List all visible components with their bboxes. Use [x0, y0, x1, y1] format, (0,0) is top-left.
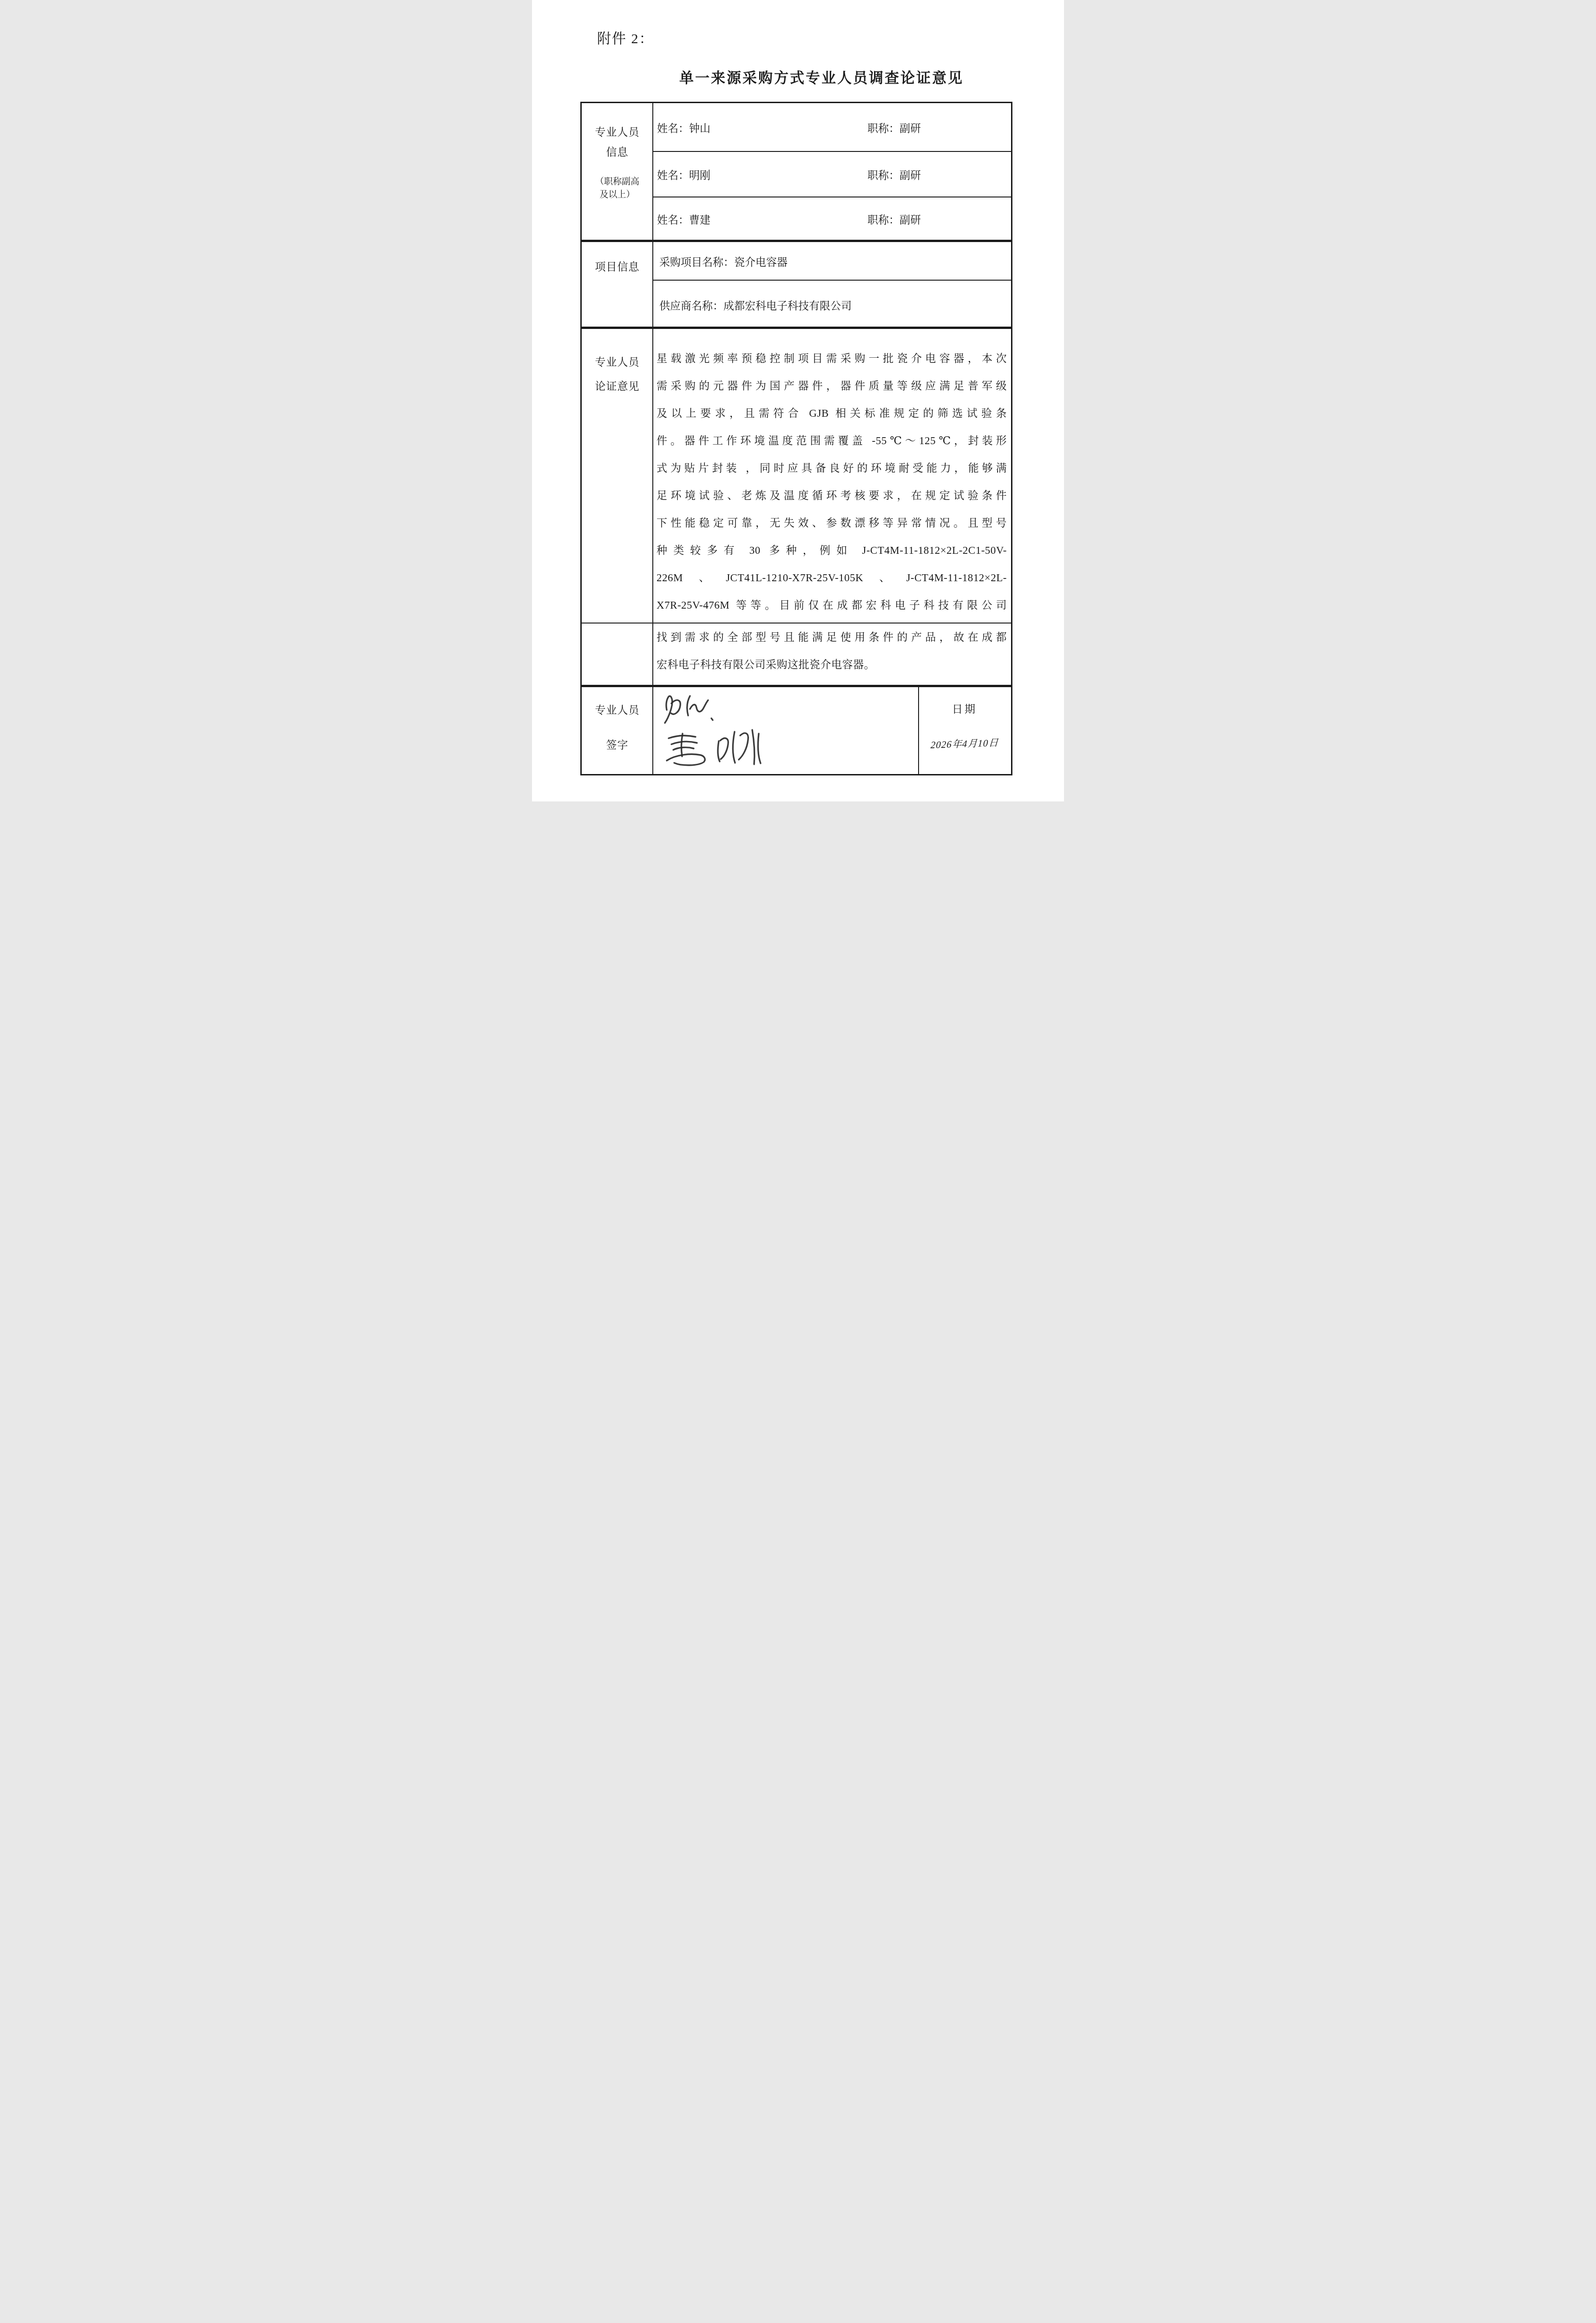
date-cell: 日期 2026年4月10日: [918, 686, 1011, 774]
opinion-line: 足环境试验、老炼及温度循环考核要求，在规定试验条件: [657, 482, 1007, 509]
opinion-line: 226M、JCT41L-1210-X7R-25V-105K、J-CT4M-11-…: [657, 564, 1007, 591]
opinion-line: 件。器件工作环境温度范围需覆盖 -55℃～125℃，封装形: [657, 427, 1007, 454]
supplier-row: 供应商名称：成都宏科电子科技有限公司: [653, 282, 1011, 327]
opinion-line: X7R-25V-476M 等等。目前仅在成都宏科电子科技有限公司: [657, 591, 1007, 619]
project-info-label-cell: 项目信息: [582, 241, 653, 327]
project-name-row: 采购项目名称：瓷介电容器: [653, 242, 1011, 280]
date-label: 日期: [952, 701, 977, 716]
personnel-row-3: 姓名：曹建 职称：副研: [653, 197, 1011, 240]
personnel-label-line2: 信息: [606, 144, 629, 159]
signature-zhongshan: [665, 696, 713, 723]
name-label: 姓名：: [657, 170, 689, 181]
document-page: 附件 2： 单一来源采购方式专业人员调查论证意见 专业人员 信息 （职称副高 及…: [532, 0, 1064, 801]
name-value: 明刚: [689, 170, 710, 181]
signature-minggang: [718, 730, 761, 764]
opinion-label-cell: 专业人员 论证意见: [582, 328, 653, 623]
signature-label-line1: 专业人员: [595, 702, 640, 717]
opinion-line: 找到需求的全部型号且能满足使用条件的产品，故在成都: [657, 623, 1007, 651]
name-label: 姓名：: [657, 214, 689, 225]
opinion-line: 式为贴片封装 ，同时应具备良好的环境耐受能力，能够满: [657, 454, 1007, 482]
title-label: 职称：: [867, 170, 900, 181]
opinion-line: 需采购的元器件为国产器件，器件质量等级应满足普军级: [657, 372, 1007, 400]
opinion-label-line1: 专业人员: [595, 354, 640, 369]
project-info-label: 项目信息: [595, 258, 640, 274]
supplier-text: 供应商名称：成都宏科电子科技有限公司: [659, 297, 852, 312]
name-value: 钟山: [689, 122, 710, 134]
signature-label-line2: 签字: [606, 736, 629, 752]
personnel-row-2: 姓名：明刚 职称：副研: [653, 152, 1011, 197]
personnel-row-1: 姓名：钟山 职称：副研: [653, 103, 1011, 151]
project-name-text: 采购项目名称：瓷介电容器: [659, 253, 788, 269]
opinion-line: 及以上要求，且需符合 GJB 相关标准规定的筛选试验条: [657, 400, 1007, 427]
opinion-line: 种类较多有 30 多种，例如 J-CT4M-11-1812×2L-2C1-50V…: [657, 537, 1007, 564]
opinion-paragraph-continued: 找到需求的全部型号且能满足使用条件的产品，故在成都 宏科电子科技有限公司采购这批…: [653, 623, 1011, 678]
opinion-label-line2: 论证意见: [595, 378, 640, 393]
personnel-label-line1: 专业人员: [595, 124, 640, 139]
signature-label-cell: 专业人员 签字: [582, 686, 653, 774]
personnel-label-note1: （职称副高: [595, 176, 639, 189]
personnel-info-label-cell: 专业人员 信息 （职称副高 及以上）: [582, 103, 653, 241]
signatures-area: [653, 686, 918, 774]
opinion-line: 下性能稳定可靠，无失效、参数漂移等异常情况。且型号: [657, 509, 1007, 537]
personnel-label-note2: 及以上）: [599, 189, 635, 202]
form-table: 专业人员 信息 （职称副高 及以上） 姓名：钟山 职称：副研 姓名：明刚 职称：…: [580, 102, 1012, 775]
title-value: 副研: [900, 170, 921, 181]
page-title: 单一来源采购方式专业人员调查论证意见: [679, 66, 964, 87]
title-label: 职称：: [867, 214, 900, 225]
name-label: 姓名：: [657, 122, 689, 134]
attachment-label: 附件 2：: [597, 27, 654, 47]
signature-caojian: [667, 734, 705, 765]
opinion-line: 宏科电子科技有限公司采购这批瓷介电容器。: [657, 651, 1007, 678]
opinion-paragraph: 星载激光频率预稳控制项目需采购一批瓷介电容器，本次 需采购的元器件为国产器件，器…: [653, 345, 1011, 619]
opinion-line: 星载激光频率预稳控制项目需采购一批瓷介电容器，本次: [657, 345, 1007, 372]
row-divider: [653, 280, 1011, 281]
name-value: 曹建: [689, 214, 710, 225]
title-label: 职称：: [867, 122, 900, 134]
handwritten-date: 2026年4月10日: [930, 735, 999, 751]
title-value: 副研: [900, 214, 921, 225]
title-value: 副研: [900, 122, 921, 134]
